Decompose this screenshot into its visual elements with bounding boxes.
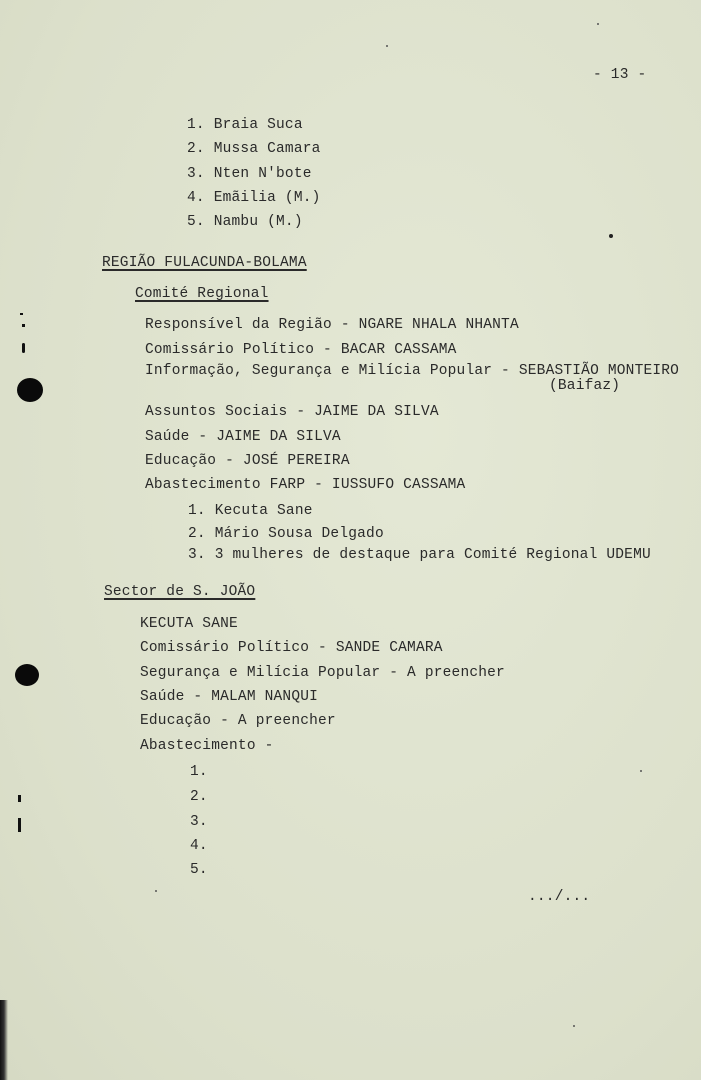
- speck: [573, 1025, 575, 1027]
- list-text: Nambu (M.): [214, 214, 303, 230]
- page-edge-shadow: [0, 1000, 8, 1080]
- list-text: Mário Sousa Delgado: [215, 526, 384, 542]
- role-line: Responsível da Região - NGARE NHALA NHAN…: [145, 316, 519, 334]
- list-number: 1.: [187, 117, 205, 133]
- blank-list-item: 2.: [190, 788, 208, 806]
- list-item: 2. Mussa Camara: [187, 140, 321, 158]
- list-number: 5.: [187, 214, 205, 230]
- list-item: 4. Emãilia (M.): [187, 189, 321, 207]
- list-number: 2.: [187, 141, 205, 157]
- punch-hole: [15, 664, 39, 686]
- blank-list-item: 1.: [190, 763, 208, 781]
- sector-line: Segurança e Milícia Popular - A preenche…: [140, 664, 505, 682]
- speck: [640, 770, 642, 772]
- sector-line: Saúde - MALAM NANQUI: [140, 688, 318, 706]
- list-item: 1. Braia Suca: [187, 116, 303, 134]
- role-line: Assuntos Sociais - JAIME DA SILVA: [145, 403, 439, 421]
- list-number: 1.: [188, 503, 206, 519]
- speck: [155, 890, 157, 892]
- speck: [597, 23, 599, 25]
- margin-mark: [20, 313, 23, 315]
- blank-list-item: 3.: [190, 813, 208, 831]
- list-number: 3.: [187, 166, 205, 182]
- sector-line: KECUTA SANE: [140, 615, 238, 633]
- role-line: Educação - JOSÉ PEREIRA: [145, 452, 350, 470]
- list-number: 3.: [188, 547, 206, 563]
- list-item: 5. Nambu (M.): [187, 213, 303, 231]
- sector-line: Educação - A preencher: [140, 712, 336, 730]
- member-item: 2. Mário Sousa Delgado: [188, 525, 384, 543]
- list-number: 2.: [188, 526, 206, 542]
- document-page: - 13 - 1. Braia Suca 2. Mussa Camara 3. …: [0, 0, 701, 1080]
- list-text: Braia Suca: [214, 117, 303, 133]
- role-continuation: (Baifaz): [549, 377, 620, 395]
- margin-mark: [22, 343, 25, 353]
- continuation-mark: .../...: [528, 888, 590, 906]
- punch-hole: [17, 378, 43, 402]
- speck: [386, 45, 388, 47]
- sector-line: Comissário Político - SANDE CAMARA: [140, 639, 443, 657]
- role-line: Comissário Político - BACAR CASSAMA: [145, 341, 457, 359]
- margin-mark: [22, 324, 25, 327]
- list-text: Kecuta Sane: [215, 503, 313, 519]
- sector-heading: Sector de S. JOÃO: [104, 583, 255, 601]
- list-text: Nten N'bote: [214, 166, 312, 182]
- member-item: 3. 3 mulheres de destaque para Comité Re…: [188, 546, 651, 564]
- margin-mark: [18, 795, 21, 802]
- blank-list-item: 5.: [190, 861, 208, 879]
- member-item: 1. Kecuta Sane: [188, 502, 313, 520]
- sector-line: Abastecimento -: [140, 737, 274, 755]
- list-text: Mussa Camara: [214, 141, 321, 157]
- list-text: 3 mulheres de destaque para Comité Regio…: [215, 547, 651, 563]
- list-item: 3. Nten N'bote: [187, 165, 312, 183]
- role-line: Saúde - JAIME DA SILVA: [145, 428, 341, 446]
- list-number: 4.: [187, 190, 205, 206]
- blank-list-item: 4.: [190, 837, 208, 855]
- role-line: Abastecimento FARP - IUSSUFO CASSAMA: [145, 476, 465, 494]
- page-number: - 13 -: [593, 66, 646, 84]
- region-heading: REGIÃO FULACUNDA-BOLAMA: [102, 254, 307, 272]
- margin-mark: [18, 818, 21, 832]
- list-text: Emãilia (M.): [214, 190, 321, 206]
- speck: [609, 234, 613, 238]
- committee-heading: Comité Regional: [135, 285, 269, 303]
